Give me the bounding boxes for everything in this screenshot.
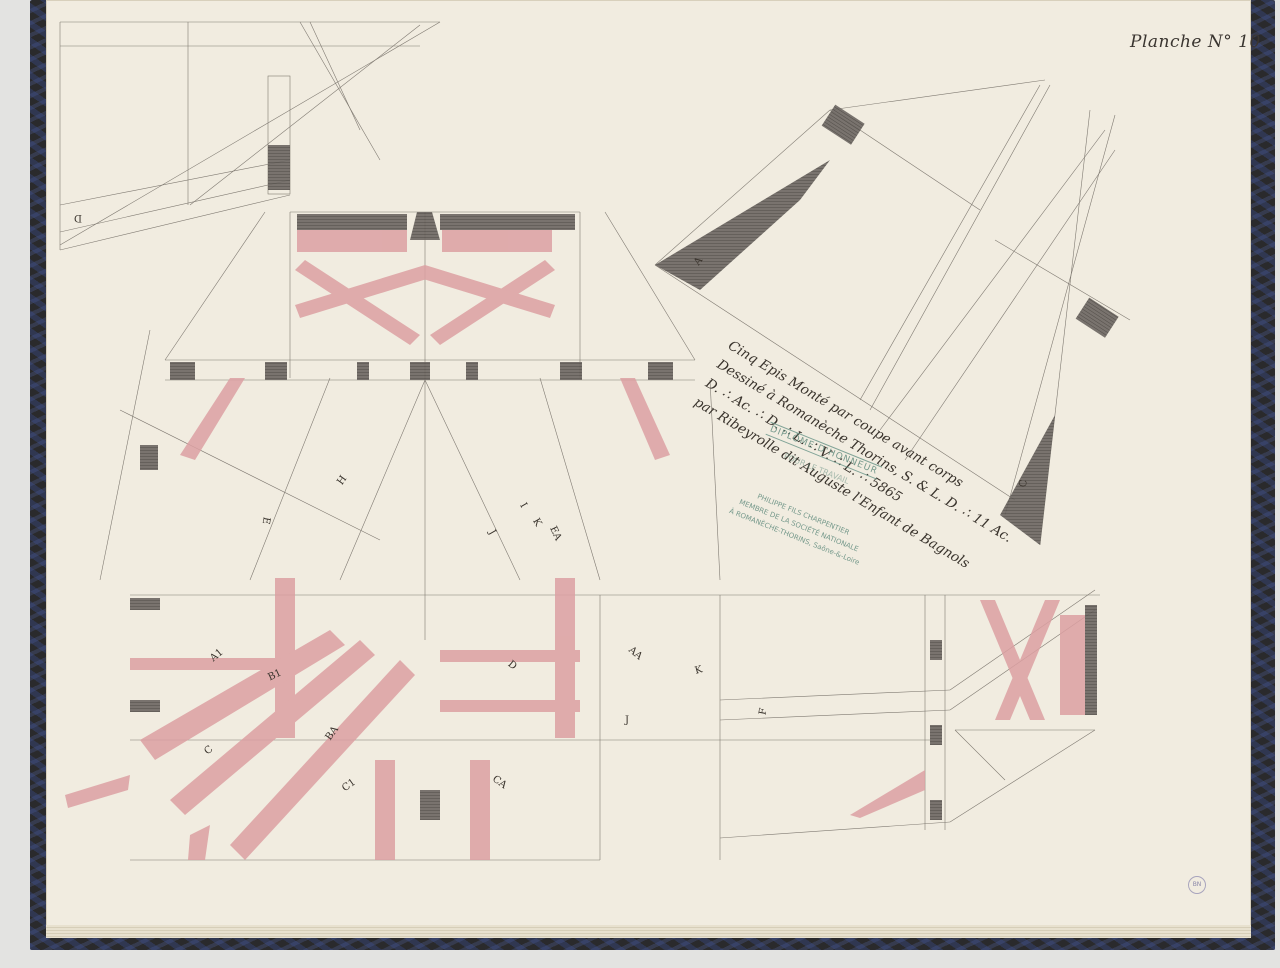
piece-label: J (625, 715, 629, 726)
piece-label: C (1018, 479, 1030, 488)
stamp-line-2: MEMBRE DE LA SOCIÉTÉ NATIONALE (732, 496, 865, 556)
plate-title: Planche N° 10 (1130, 32, 1261, 52)
piece-label: D (74, 212, 82, 223)
stamp-line-3: À ROMANÈCHE-THORINS, Saône-&-Loire (728, 507, 861, 567)
technical-drawing (0, 0, 1280, 968)
library-stamp: BN (1188, 876, 1206, 894)
